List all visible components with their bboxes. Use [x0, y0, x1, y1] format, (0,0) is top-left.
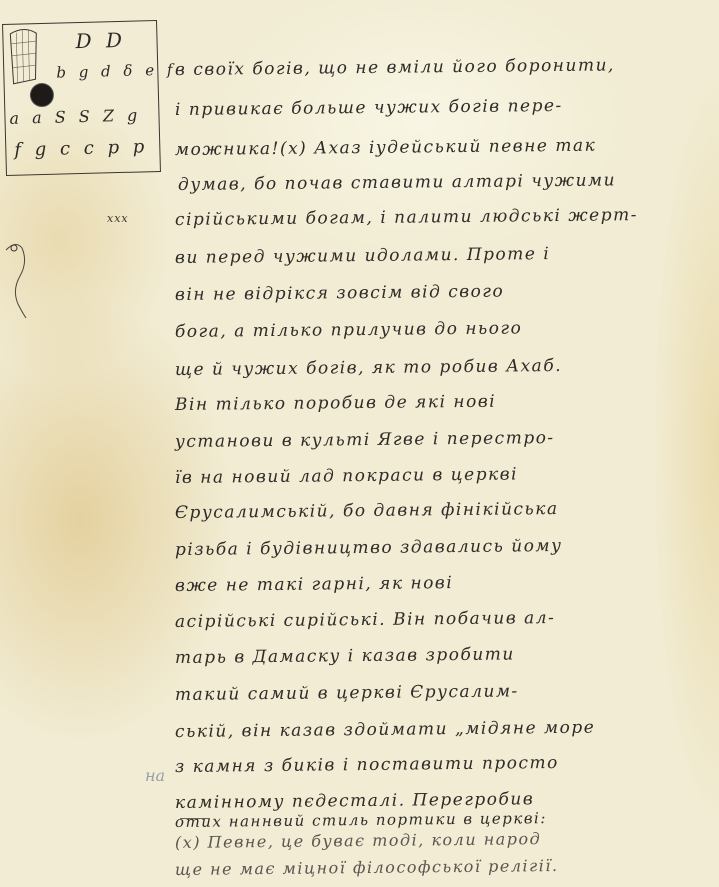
manuscript-line-1: в своїх богів, що не вміли його боронити…	[175, 54, 719, 80]
pencil-margin-note: на	[145, 766, 165, 785]
alphabet-row-4: f g c c p p	[14, 136, 149, 161]
manuscript-line-12: їв на новий лад покраси в церкві	[175, 462, 719, 488]
manuscript-line-14: різьба і будівництво здавались йому	[175, 534, 719, 560]
manuscript-line-18: такий самий в церкві Єрусалим-	[175, 679, 719, 705]
manuscript-line-17: тарь в Дамаску і казав зробити	[175, 642, 719, 668]
manuscript-line-19: ській, він казав здоймати „мідяне море	[175, 716, 719, 742]
manuscript-line-20: з камня з биків і поставити просто	[175, 751, 719, 777]
ink-blot-seal-icon	[31, 84, 54, 107]
alphabet-sample-box: D D b g d δ e f a a S S Z g f g c c p p	[2, 20, 161, 176]
manuscript-line-5: сірійськими богам, і палити людські жерт…	[175, 204, 719, 230]
manuscript-line-7: він не відрікся зовсім від свого	[175, 279, 719, 305]
manuscript-page: D D b g d δ e f a a S S Z g f g c c p p …	[0, 0, 719, 887]
alphabet-row-2: b g d δ e f	[56, 61, 177, 82]
hatched-shape-sketch-icon	[6, 27, 42, 88]
alphabet-row-3: a a S S Z g	[9, 105, 141, 127]
alphabet-row-1: D D	[75, 28, 126, 53]
manuscript-line-16: асірійські сирійські. Він побачив ал-	[175, 606, 719, 632]
manuscript-line-6: ви перед чужими идолами. Проте і	[175, 242, 719, 268]
manuscript-line-9: ще й чужих богів, як то робив Ахаб.	[175, 354, 719, 380]
manuscript-line-10: Він тілько поробив де які нові	[175, 389, 719, 415]
footnote-line-2: ще не має міцної філософської релігії.	[175, 854, 719, 879]
margin-cross-marks: xxx	[107, 212, 129, 225]
manuscript-line-15: вже не такі гарні, як нові	[175, 570, 719, 596]
manuscript-line-8: бога, а тілько прилучив до нього	[175, 316, 719, 342]
footnote-divider	[180, 818, 210, 819]
manuscript-line-13: Єрусалимській, бо давня фінікійська	[175, 497, 719, 523]
manuscript-line-2: і привикає больше чужих богів пере-	[175, 94, 719, 120]
footnote-line-1: (x) Певне, це буває тоді, коли народ	[175, 827, 719, 852]
vine-doodle-icon	[2, 238, 32, 323]
manuscript-line-11: установи в культі Ягве і перестро-	[175, 426, 719, 452]
manuscript-line-4: думав, бо почав ставити алтарі чужими	[178, 169, 719, 195]
manuscript-line-3: можника!(x) Ахаз іудейський певне так	[175, 134, 719, 160]
